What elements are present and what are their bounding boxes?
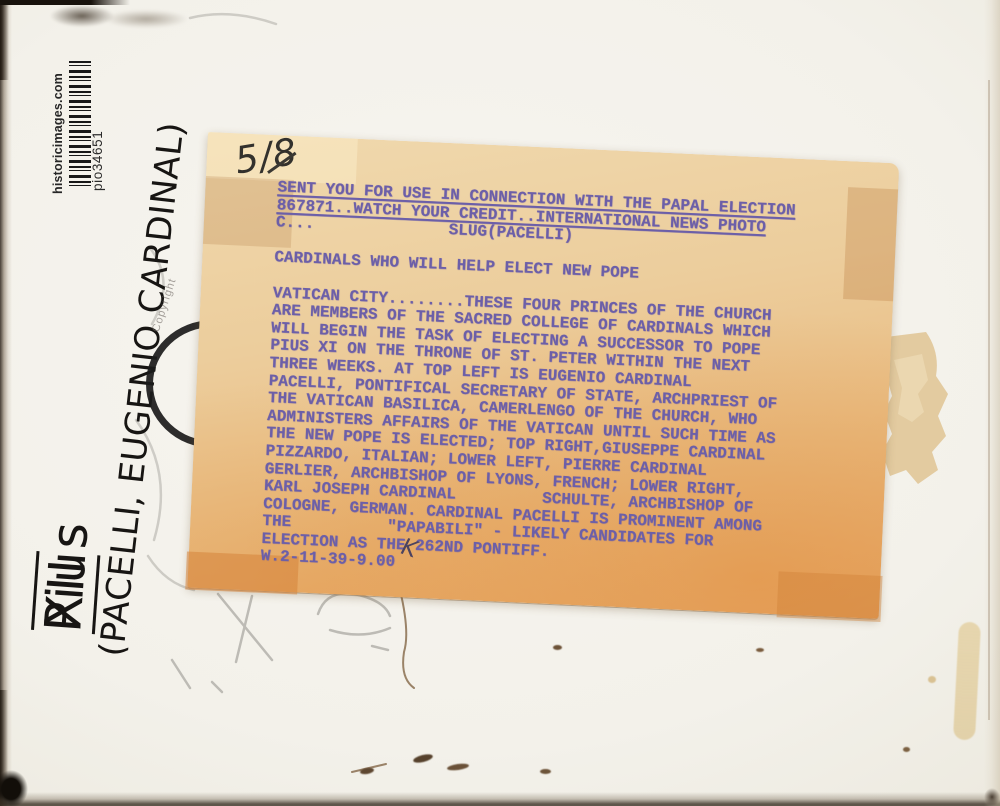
photo-top-edge xyxy=(0,0,130,5)
corner-blot-bottom-right xyxy=(984,788,1000,806)
caption-slip: 5/8 SENT YOU FOR USE IN CONNECTION WITH … xyxy=(187,132,899,619)
photo-left-edge xyxy=(0,0,12,806)
caption-text: SENT YOU FOR USE IN CONNECTION WITH THE … xyxy=(260,179,887,593)
paper-speck xyxy=(360,767,375,775)
photo-left-edge-dark-top xyxy=(0,0,9,80)
paper-speck xyxy=(756,648,764,652)
handwritten-title-prefix: Pius xyxy=(34,518,100,634)
paper-speck xyxy=(553,645,562,650)
photo-bottom-edge xyxy=(0,792,1000,806)
barcode-id-label: pio34651 xyxy=(90,59,105,191)
paper-speck xyxy=(540,769,551,774)
paper-speck xyxy=(412,753,433,765)
barcode xyxy=(69,61,91,189)
photo-back-scan: Copyright historicimages.com pio34651 Pi… xyxy=(0,0,1000,806)
tan-stain-streak xyxy=(953,622,981,741)
paper-speck xyxy=(928,676,936,683)
barcode-site-label: historicimages.com xyxy=(51,56,65,194)
corner-blot-bottom-left xyxy=(0,770,28,806)
paper-speck xyxy=(903,747,910,752)
paper-speck xyxy=(447,762,470,771)
